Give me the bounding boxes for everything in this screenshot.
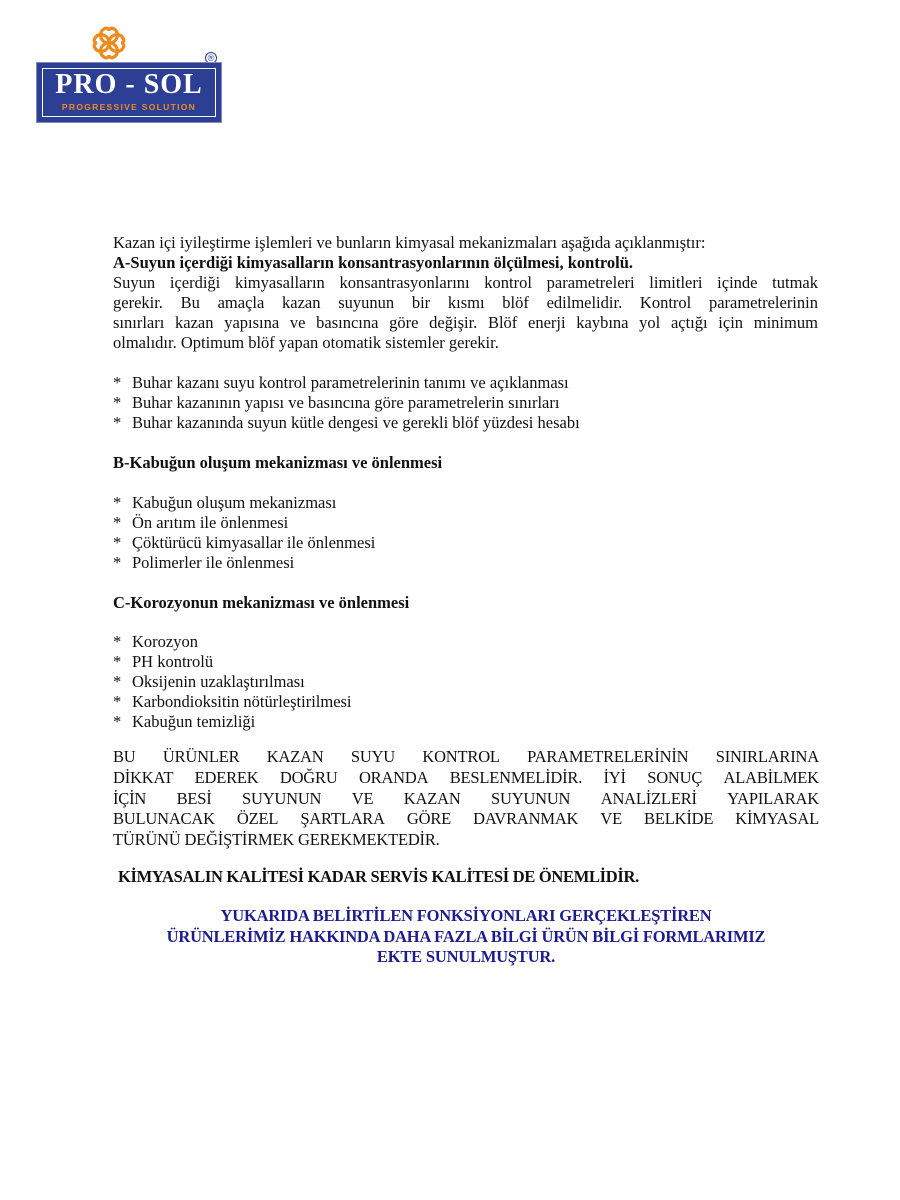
bullet-marker: *: [113, 692, 132, 712]
quality-statement: KİMYASALIN KALİTESİ KADAR SERVİS KALİTES…: [118, 867, 639, 887]
list-item: *PH kontrolü: [113, 652, 213, 672]
bullet-marker: *: [113, 652, 132, 672]
logo-badge: PRO - SOL PROGRESSIVE SOLUTION: [37, 63, 221, 122]
notice-line: İÇİNBESİSUYUNUNVEKAZANSUYUNUNANALİZLERİY…: [113, 789, 819, 810]
bullet-marker: *: [113, 413, 132, 433]
closing-line: ÜRÜNLERİMİZ HAKKINDA DAHA FAZLA BİLGİ ÜR…: [113, 927, 819, 948]
intro-text: Kazan içi iyileştirme işlemleri ve bunla…: [113, 233, 705, 253]
section-b-heading: B-Kabuğun oluşum mekanizması ve önlenmes…: [113, 453, 442, 473]
list-item: *Kabuğun oluşum mekanizması: [113, 493, 336, 513]
logo-tagline: PROGRESSIVE SOLUTION: [39, 102, 219, 112]
list-item: *Kabuğun temizliği: [113, 712, 255, 732]
notice-line: BULUNACAKÖZELŞARTLARAGÖREDAVRANMAKVEBELK…: [113, 809, 819, 830]
list-item: *Oksijenin uzaklaştırılması: [113, 672, 305, 692]
section-a-paragraph-line: gerekir.Buamaçlakazansuyununbirkısmıblöf…: [113, 293, 818, 313]
list-item: *Polimerler ile önlenmesi: [113, 553, 294, 573]
list-item: *Buhar kazanı suyu kontrol parametreleri…: [113, 373, 569, 393]
bullet-marker: *: [113, 712, 132, 732]
closing-line: EKTE SUNULMUŞTUR.: [113, 947, 819, 968]
bullet-marker: *: [113, 553, 132, 573]
section-c-heading: C-Korozyonun mekanizması ve önlenmesi: [113, 593, 409, 613]
bullet-marker: *: [113, 513, 132, 533]
bullet-marker: *: [113, 672, 132, 692]
bullet-marker: *: [113, 373, 132, 393]
notice-line: DİKKATEDEREKDOĞRUORANDABESLENMELİDİR.İYİ…: [113, 768, 819, 789]
section-a-heading: A-Suyun içerdiği kimyasalların konsantra…: [113, 253, 633, 273]
list-item: *Ön arıtım ile önlenmesi: [113, 513, 288, 533]
notice-line: BUÜRÜNLERKAZANSUYUKONTROLPARAMETRELERİNİ…: [113, 747, 819, 768]
list-item: *Karbondioksitin nötürleştirilmesi: [113, 692, 352, 712]
company-logo: ® PRO - SOL PROGRESSIVE SOLUTION: [37, 24, 227, 124]
notice-line: TÜRÜNÜ DEĞİŞTİRMEK GEREKMEKTEDİR.: [113, 830, 819, 851]
quatrefoil-icon: [88, 24, 130, 62]
logo-name: PRO - SOL: [39, 70, 219, 100]
section-a-paragraph-line: olmalıdır. Optimum blöf yapan otomatik s…: [113, 333, 499, 353]
section-a-paragraph-line: Suyuniçerdiğikimyasallarınkonsantrasyonl…: [113, 273, 818, 293]
bullet-marker: *: [113, 533, 132, 553]
bullet-marker: *: [113, 493, 132, 513]
bullet-marker: *: [113, 393, 132, 413]
bullet-marker: *: [113, 632, 132, 652]
list-item: *Buhar kazanının yapısı ve basıncına gör…: [113, 393, 559, 413]
list-item: *Korozyon: [113, 632, 198, 652]
section-a-paragraph-line: sınırlarıkazanyapısınavebasıncınagöredeğ…: [113, 313, 818, 333]
list-item: *Buhar kazanında suyun kütle dengesi ve …: [113, 413, 580, 433]
closing-line: YUKARIDA BELİRTİLEN FONKSİYONLARI GERÇEK…: [113, 906, 819, 927]
list-item: *Çöktürücü kimyasallar ile önlenmesi: [113, 533, 375, 553]
